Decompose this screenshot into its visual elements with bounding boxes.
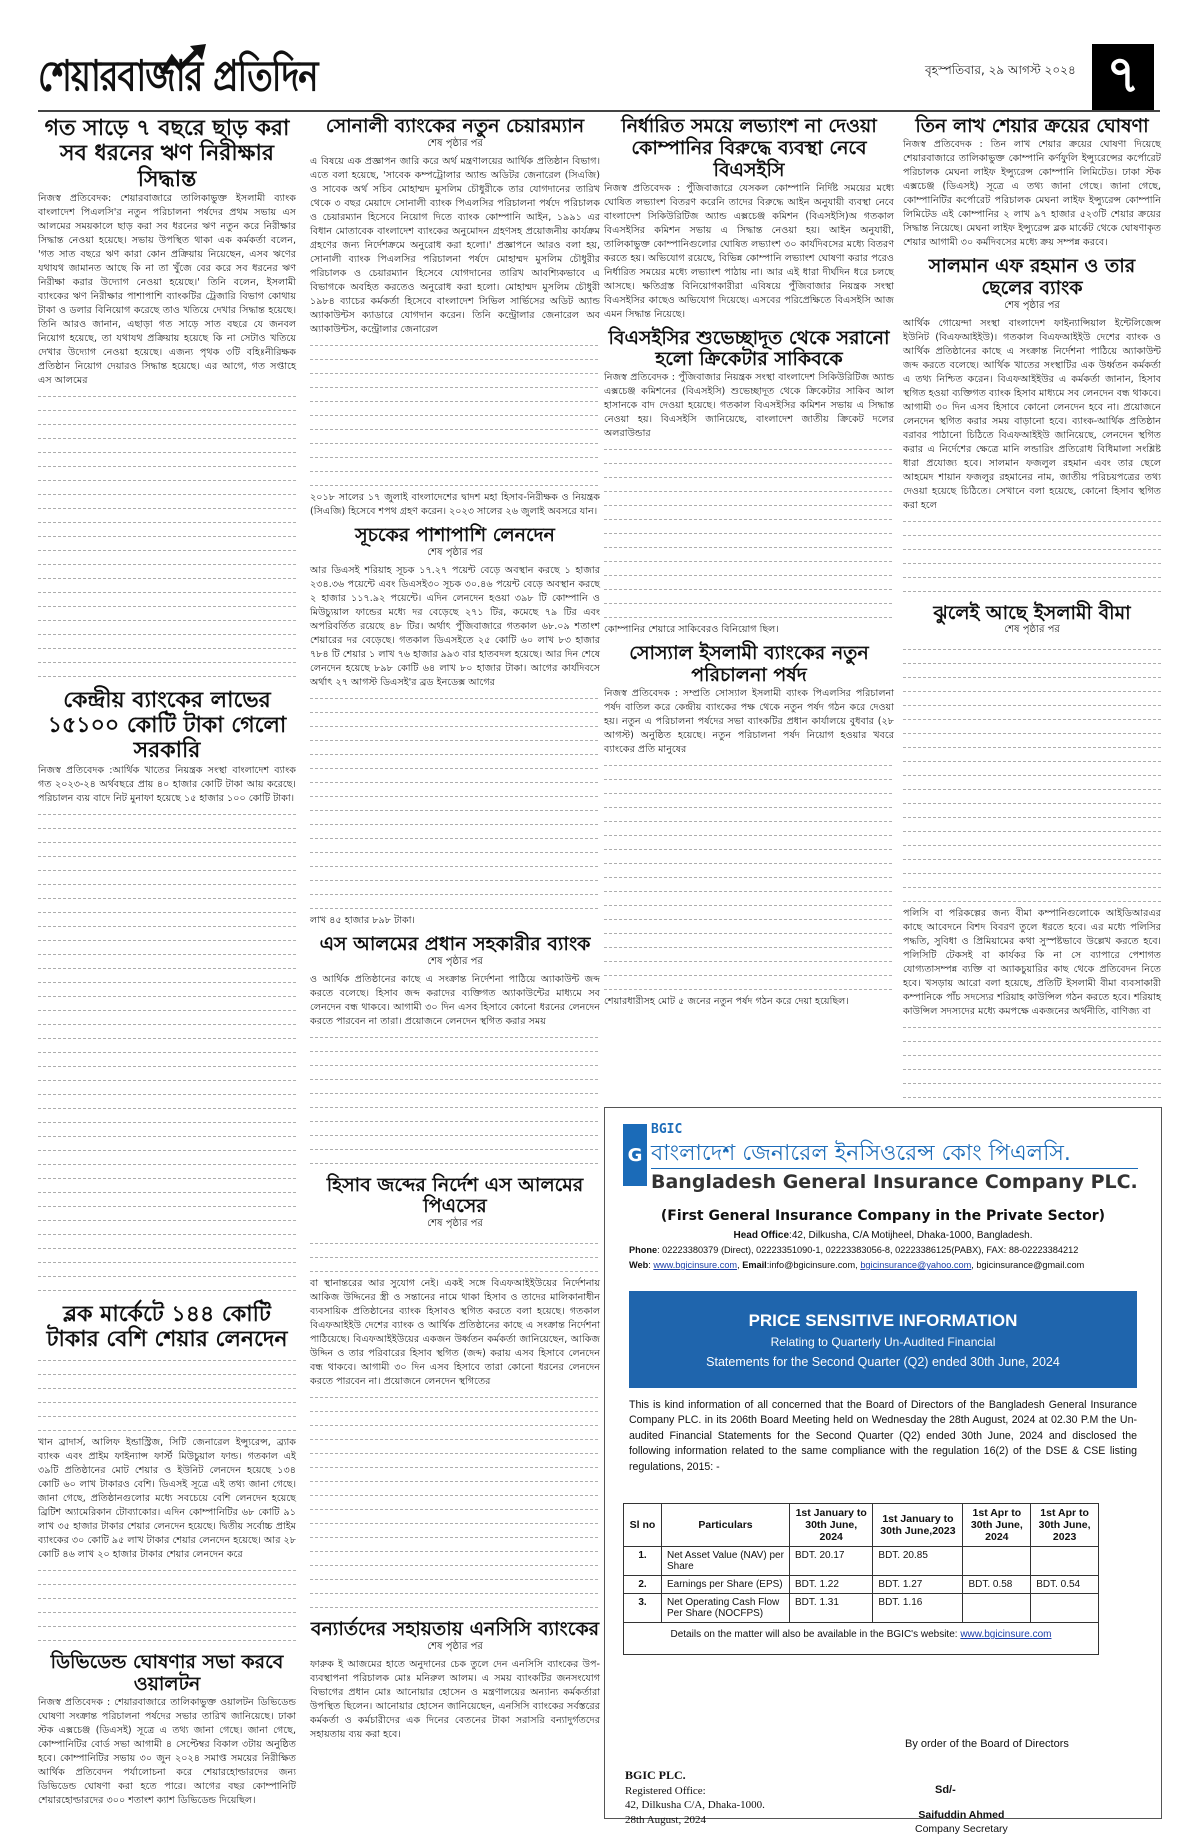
financial-table: Sl no Particulars 1st January to 30th Ju… (623, 1503, 1099, 1655)
column-3: নির্ধারিত সময়ে লভ্যাংশ না দেওয়া কোম্পা… (604, 116, 894, 1015)
continued-label: শেষ পৃষ্ঠার পর (310, 136, 600, 153)
article-headline: তিন লাখ শেয়ার ক্রয়ের ঘোষণা (903, 116, 1161, 138)
article-social-islami-board: সোস্যাল ইসলামী ব্যাংকের নতুন পরিচালনা পর… (604, 643, 894, 1009)
table-footer-row: Details on the matter will also be avail… (624, 1623, 1099, 1655)
masthead-divider (38, 110, 1160, 112)
web-line: Web: www.bgicinsure.com, Email:info@bgic… (629, 1260, 1149, 1270)
signature: Sd/- (935, 1784, 956, 1796)
article-body: ও আর্থিক প্রতিষ্ঠানের কাছে এ সংক্রান্ত ন… (310, 973, 600, 1169)
article-block-market: ব্লক মার্কেটে ১৪৪ কোটি টাকার বেশি শেয়ার… (38, 1302, 296, 1647)
disclosure-paragraph: This is kind information of all concerne… (629, 1398, 1137, 1475)
phone-line: Phone: 02223380379 (Direct), 02223351090… (629, 1245, 1149, 1255)
issue-date: বৃহস্পতিবার, ২৯ আগস্ট ২০২৪ (925, 62, 1076, 82)
article-bsec-dividend: নির্ধারিত সময়ে লভ্যাংশ না দেওয়া কোম্পা… (604, 116, 894, 322)
article-headline: ডিভিডেন্ড ঘোষণার সভা করবে ওয়ালটন (38, 1652, 296, 1696)
table-header-row: Sl no Particulars 1st January to 30th Ju… (624, 1504, 1099, 1547)
trend-arrow-icon (160, 44, 208, 78)
article-headline: কেন্দ্রীয় ব্যাংকের লাভের ১৫১০০ কোটি টাক… (38, 688, 296, 764)
article-headline: সালমান এফ রহমান ও তার ছেলের ব্যাংক (903, 256, 1161, 300)
article-headline: ব্লক মার্কেটে ১৪৪ কোটি টাকার বেশি শেয়ার… (38, 1302, 296, 1353)
article-central-bank-profit: কেন্দ্রীয় ব্যাংকের লাভের ১৫১০০ কোটি টাক… (38, 688, 296, 1296)
article-body: নিজস্ব প্রতিবেদক : তিন লাখ শেয়ার ক্রয়ে… (903, 138, 1161, 250)
article-loan-audit: গত সাড়ে ৭ বছরে ছাড় করা সব ধরনের ঋণ নির… (38, 116, 296, 682)
article-body: আর ডিএসই শরিয়াহ সূচক ১৭.২৭ পয়েন্ট বেড়… (310, 564, 600, 928)
column-2: সোনালী ব্যাংকের নতুন চেয়ারম্যান শেষ পৃষ… (310, 116, 600, 1748)
table-row: 1. Net Asset Value (NAV) per Share BDT. … (624, 1547, 1099, 1576)
board-order: By order of the Board of Directors (905, 1738, 1069, 1750)
article-body: নিজস্ব প্রতিবেদক : পুঁজিবাজার নিয়ন্ত্রক… (604, 371, 894, 637)
article-headline: সোনালী ব্যাংকের নতুন চেয়ারম্যান (310, 116, 600, 138)
article-body: বা স্থানান্তরের আর সুযোগ নেই। একই সঙ্গে … (310, 1235, 600, 1613)
article-body: নিজস্ব প্রতিবেদক : পুঁজিবাজারে যেসকল কোম… (604, 182, 894, 322)
company-tagline: (First General Insurance Company in the … (605, 1208, 1161, 1224)
table-row: 3. Net Operating Cash Flow Per Share (NO… (624, 1594, 1099, 1623)
table-row: 2. Earnings per Share (EPS) BDT. 1.22 BD… (624, 1576, 1099, 1594)
signatory: Saifuddin Ahmed Company Secretary (915, 1808, 1008, 1836)
article-body: নিজস্ব প্রতিবেদক: শেয়ারবাজারে তালিকাভুক… (38, 192, 296, 682)
website-link[interactable]: www.bgicinsure.com (653, 1260, 737, 1270)
article-sonali-chairman: সোনালী ব্যাংকের নতুন চেয়ারম্যান শেষ পৃষ… (310, 116, 600, 519)
column-4: তিন লাখ শেয়ার ক্রয়ের ঘোষণা নিজস্ব প্রত… (903, 116, 1161, 1277)
article-body: ফারুক ই আজমের হাতে অনুদানের চেক তুলে দেন… (310, 1658, 600, 1742)
head-office: Head Office:42, Dilkusha, C/A Motijheel,… (605, 1230, 1161, 1241)
article-body: নিজস্ব প্রতিবেদক :আর্থিক খাতের নিয়ন্ত্র… (38, 764, 296, 1296)
article-headline: সূচকের পাশাপাশি লেনদেন (310, 525, 600, 547)
article-headline: বিএসইসির শুভেচ্ছাদূত থেকে সরানো হলো ক্রি… (604, 328, 894, 372)
continued-label: শেষ পৃষ্ঠার পর (310, 1216, 600, 1233)
article-body: এ বিষয়ে এক প্রজ্ঞাপন জারি করে অর্থ মন্ত… (310, 155, 600, 519)
continued-label: শেষ পৃষ্ঠার পর (310, 954, 600, 971)
website-link[interactable]: www.bgicinsure.com (960, 1629, 1051, 1640)
article-share-purchase: তিন লাখ শেয়ার ক্রয়ের ঘোষণা নিজস্ব প্রত… (903, 116, 1161, 250)
article-headline: সোস্যাল ইসলামী ব্যাংকের নতুন পরিচালনা পর… (604, 643, 894, 687)
article-s-alam-ps: হিসাব জব্দের নির্দেশ এস আলমের পিএসের শেষ… (310, 1175, 600, 1614)
column-1: গত সাড়ে ৭ বছরে ছাড় করা সব ধরনের ঋণ নির… (38, 116, 296, 1814)
article-ncc-flood-aid: বন্যার্তদের সহায়তায় এনসিসি ব্যাংকের শে… (310, 1619, 600, 1742)
continued-label: শেষ পৃষ্ঠার পর (310, 1639, 600, 1656)
article-headline: হিসাব জব্দের নির্দেশ এস আলমের পিএসের (310, 1175, 600, 1219)
article-s-alam-assistant: এস আলমের প্রধান সহকারীর ব্যাংক শেষ পৃষ্ঠ… (310, 934, 600, 1169)
registered-office: BGIC PLC. Registered Office: 42, Dilkush… (625, 1768, 765, 1827)
article-body: নিজস্ব প্রতিবেদক : সম্প্রতি সোস্যাল ইসলা… (604, 687, 894, 1009)
article-body: নিজস্ব প্রতিবেদক : শেয়ারবাজারে তালিকাভু… (38, 1696, 296, 1808)
bgic-wordmark: BGIC (651, 1122, 682, 1137)
page-number: ৭ (1092, 44, 1154, 110)
price-sensitive-banner: PRICE SENSITIVE INFORMATION Relating to … (629, 1291, 1137, 1388)
article-body: আর্থিক গোয়েন্দা সংস্থা বাংলাদেশ ফাইন্যা… (903, 317, 1161, 597)
psi-subtitle-2: Statements for the Second Quarter (Q2) e… (629, 1355, 1137, 1369)
bgic-advertisement: G BGIC বাংলাদেশ জেনারেল ইনসিওরেন্স কোং প… (604, 1107, 1162, 1819)
psi-subtitle: Relating to Quarterly Un-Audited Financi… (629, 1335, 1137, 1349)
article-salman-f-rahman: সালমান এফ রহমান ও তার ছেলের ব্যাংক শেষ প… (903, 256, 1161, 597)
article-shakib-ambassador: বিএসইসির শুভেচ্ছাদূত থেকে সরানো হলো ক্রি… (604, 328, 894, 638)
bgic-logo-icon: G (623, 1124, 647, 1186)
company-name-english: Bangladesh General Insurance Company PLC… (651, 1168, 1138, 1193)
continued-label: শেষ পৃষ্ঠার পর (310, 545, 600, 562)
continued-label: শেষ পৃষ্ঠার পর (903, 622, 1161, 639)
psi-title: PRICE SENSITIVE INFORMATION (629, 1311, 1137, 1331)
masthead: শেয়ারবাজার প্রতিদিন বৃহস্পতিবার, ২৯ আগস… (0, 0, 1200, 112)
article-headline: গত সাড়ে ৭ বছরে ছাড় করা সব ধরনের ঋণ নির… (38, 116, 296, 192)
email-link[interactable]: bgicinsurance@yahoo.com (860, 1260, 971, 1270)
article-headline: নির্ধারিত সময়ে লভ্যাংশ না দেওয়া কোম্পা… (604, 116, 894, 182)
article-body: খান ব্রাদার্স, আলিফ ইন্ডাস্ট্রিজ, সিটি জ… (38, 1352, 296, 1646)
article-walton-dividend: ডিভিডেন্ড ঘোষণার সভা করবে ওয়ালটন নিজস্ব… (38, 1652, 296, 1808)
continued-label: শেষ পৃষ্ঠার পর (903, 298, 1161, 315)
article-index-turnover: সূচকের পাশাপাশি লেনদেন শেষ পৃষ্ঠার পর আর… (310, 525, 600, 928)
article-headline: এস আলমের প্রধান সহকারীর ব্যাংক (310, 934, 600, 956)
article-headline: ঝুলেই আছে ইসলামী বীমা (903, 603, 1161, 625)
article-headline: বন্যার্তদের সহায়তায় এনসিসি ব্যাংকের (310, 1619, 600, 1641)
